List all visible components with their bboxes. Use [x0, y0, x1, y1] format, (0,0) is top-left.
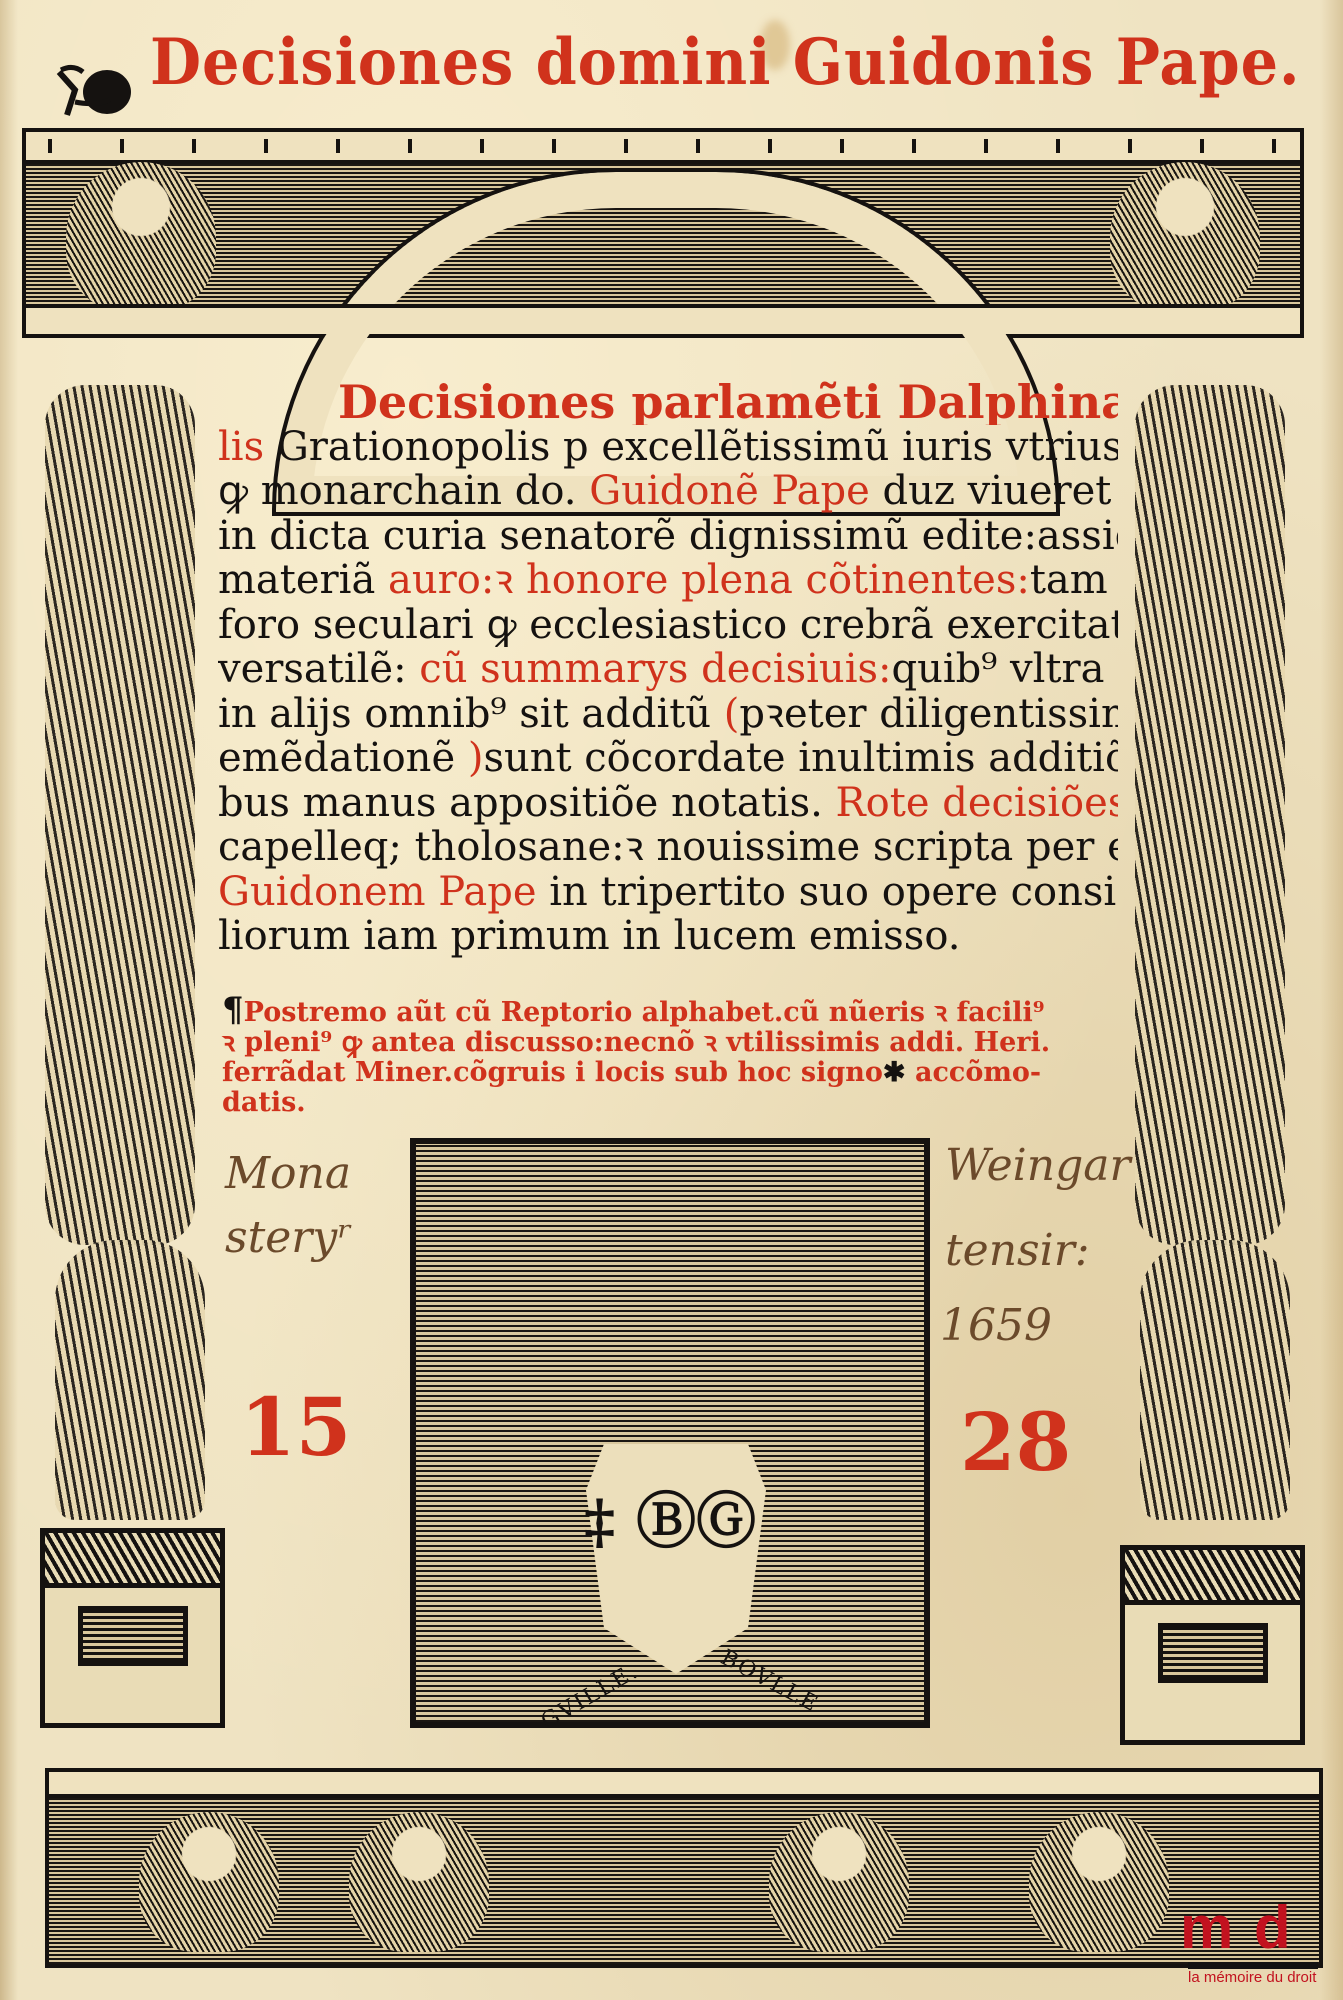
body-text: foro seculari ꝙ ecclesiastico crebrã exe… — [218, 603, 1118, 648]
body-text: bus manus appositiõe notatis. — [218, 781, 836, 826]
cherub-image — [1029, 1812, 1169, 1952]
handwriting-left-2: steryʳ — [225, 1212, 352, 1263]
rubric-text: Guidonem Pape — [218, 870, 549, 915]
logo-mark: m d — [1180, 1893, 1318, 1962]
body-text: duz viueret — [883, 469, 1112, 514]
date-left: 15 — [240, 1380, 351, 1474]
headpiece-ruler — [26, 132, 1300, 164]
watermark-logo: m d la mémoire du droit — [1180, 1893, 1318, 1986]
rubric-text: lis — [218, 425, 277, 470]
body-text: materiã — [218, 558, 388, 603]
date-right: 28 — [960, 1395, 1071, 1489]
headpiece-base — [26, 304, 1300, 334]
cherub-image — [139, 1812, 279, 1952]
body-text: sunt cõcordate inultimis additiõi- — [483, 736, 1118, 781]
text-line: emẽdationẽ )sunt cõcordate inultimis add… — [218, 736, 1118, 781]
rubric-text: ( — [724, 692, 740, 737]
monogram-icon: ‡ ⒷⒼ — [416, 1474, 924, 1560]
pilcrow-icon: ¶ — [222, 990, 244, 1030]
rubric-text: ) — [468, 736, 484, 781]
text-line: in alijs omnib⁹ sit additũ (pꝛeter dilig… — [218, 692, 1118, 737]
body-text: in alijs omnib⁹ sit additũ — [218, 692, 724, 737]
left-vase-ornament — [55, 1240, 205, 1520]
text-line: lis Grationopolis p excellẽtissimũ iuris… — [218, 425, 1118, 470]
body-text: Grationopolis p excellẽtissimũ iuris vtr… — [277, 425, 1118, 470]
rubric-text: Guidonẽ Pape — [589, 469, 882, 514]
headpiece-woodcut — [22, 128, 1304, 338]
note-line: ꝛ pleni⁹ ꝙ antea discusso:necnõ ꝛ vtilis… — [222, 1028, 1122, 1058]
fleuron-icon — [55, 60, 140, 120]
asterisk-icon: ✱ — [883, 1057, 906, 1088]
rubric-text: auro:ꝛ honore plena cõtinentes: — [388, 558, 1030, 603]
page-title: Decisiones domini Guidonis Pape. — [150, 25, 1300, 100]
handwriting-right-2: tensir: — [945, 1225, 1090, 1276]
body-text: liorum iam primum in lucem emisso. — [218, 914, 960, 959]
footer-woodcut — [45, 1768, 1323, 1968]
body-text: capelleq; tholosane:ꝛ nouissime scripta … — [218, 825, 1118, 870]
right-vase-ornament — [1140, 1240, 1290, 1520]
cherub-image — [349, 1812, 489, 1952]
handwriting-right-1: Weingar — [945, 1140, 1131, 1191]
printers-mark-woodcut: ‡ ⒷⒼ GVILLE. BOVLLE — [410, 1138, 930, 1728]
body-text: tam in — [1030, 558, 1118, 603]
text-line: materiã auro:ꝛ honore plena cõtinentes:t… — [218, 558, 1118, 603]
footer-bar — [49, 1772, 1319, 1798]
text-line: liorum iam primum in lucem emisso. — [218, 914, 1118, 959]
cherub-image — [769, 1812, 909, 1952]
title-text-block: Decisiones parlamẽti Dalphina- lis Grati… — [218, 380, 1118, 959]
note-line-tail: accõmo- — [906, 1057, 1042, 1088]
text-line: versatilẽ: cũ summarys decisiuis:quib⁹ v… — [218, 647, 1118, 692]
rubric-text: cũ summarys decisiuis: — [419, 647, 891, 692]
text-line: bus manus appositiõe notatis. Rote decis… — [218, 781, 1118, 826]
left-pedestal — [40, 1528, 225, 1728]
banner-left: GVILLE. — [537, 1659, 643, 1735]
logo-tagline: la mémoire du droit — [1188, 1969, 1318, 1986]
body-text: quib⁹ vltra ꝙ — [891, 647, 1118, 692]
banner-right: BOVLLE — [716, 1645, 823, 1717]
body-text: versatilẽ: — [218, 647, 419, 692]
text-line: foro seculari ꝙ ecclesiastico crebrã exe… — [218, 603, 1118, 648]
body-text: in tripertito suo opere consi — [549, 870, 1116, 915]
right-pillar-ornament — [1135, 385, 1285, 1245]
note-line: ferrãdat Miner.cõgruis i locis sub hoc s… — [222, 1057, 883, 1088]
note-line: datis. — [222, 1088, 1122, 1118]
cherub-right-image — [1110, 162, 1260, 312]
handwriting-year: 1659 — [940, 1300, 1052, 1351]
title-page: Decisiones domini Guidonis Pape. Decisio… — [0, 0, 1343, 2000]
repertorium-note: ¶Postremo aũt cũ Reptorio alphabet.cũ nũ… — [222, 995, 1122, 1118]
note-line: Postremo aũt cũ Reptorio alphabet.cũ nũe… — [244, 997, 1045, 1028]
body-text: pꝛeter diligentissimã — [739, 692, 1118, 737]
logo-rule — [1188, 1962, 1318, 1969]
text-line: ꝙ monarchain do. Guidonẽ Pape duz viuere… — [218, 469, 1118, 514]
body-text: in dicta curia senatorẽ dignissimũ edite… — [218, 514, 1118, 559]
text-line: in dicta curia senatorẽ dignissimũ edite… — [218, 514, 1118, 559]
text-line: capelleq; tholosane:ꝛ nouissime scripta … — [218, 825, 1118, 870]
body-text: ꝙ monarchain do. — [218, 469, 589, 514]
heading-line: Decisiones parlamẽti Dalphina- — [218, 380, 1118, 425]
body-text: emẽdationẽ — [218, 736, 468, 781]
rubric-text: Rote decisiões: — [836, 781, 1118, 826]
right-pedestal — [1120, 1545, 1305, 1745]
cherub-left-image — [66, 162, 216, 312]
left-pillar-ornament — [45, 385, 195, 1245]
handwriting-left-1: Mona — [225, 1148, 351, 1199]
text-line: Guidonem Pape in tripertito suo opere co… — [218, 870, 1118, 915]
